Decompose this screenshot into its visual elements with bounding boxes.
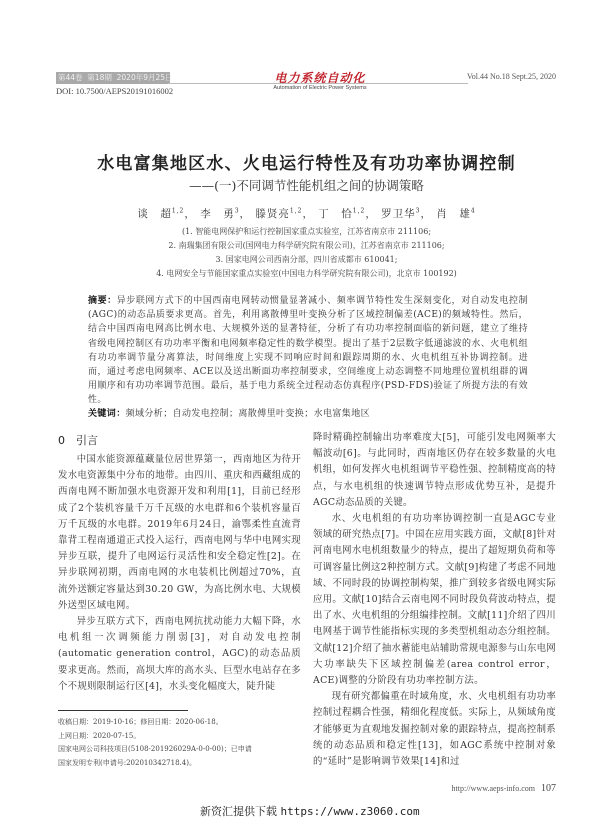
affiliation: 2. 南瑞集团有限公司(国网电力科学研究院有限公司)，江苏省南京市 211106… (0, 240, 613, 251)
issue-bar: 第44卷 第18期 2020年9月25日 (56, 72, 170, 84)
download-text: 新资汇提供下载 (200, 805, 277, 818)
footnote: 收稿日期：2019-10-16；修回日期：2020-06-18。 (58, 716, 303, 730)
footnote: 国家发明专利(申请号:202010342718.4)。 (58, 757, 303, 771)
keywords: 关键词：频域分析；自动发电控制；离散傅里叶变换；水电富集地区 (88, 406, 528, 419)
download-watermark: 新资汇提供下载 https://www.z3060.com (200, 803, 420, 819)
volume-info: Vol.44 No.18 Sept.25, 2020 (380, 72, 556, 81)
paragraph: 异步互联方式下，西南电网抗扰动能力大幅下降，水电机组一次调频能力削弱[3]，对自… (58, 614, 301, 695)
body-column-left: 中国水能资源蕴藏量位居世界第一，西南地区为待开发水电资源集中分布的地带。由四川、… (58, 452, 301, 695)
paragraph: 现有研究都偏重在时域角度，水、火电机组有功功率控制过程耦合性强，精细化程度低。实… (313, 689, 556, 770)
section-heading: 0 引言 (58, 432, 98, 448)
download-url[interactable]: https://www.z3060.com (281, 805, 420, 818)
doi: DOI: 10.7500/AEPS20191016002 (56, 86, 173, 96)
author: 李 勇3 (200, 208, 239, 220)
journal-url[interactable]: http://www.aeps-info.com (452, 784, 535, 793)
page-footer: http://www.aeps-info.com107 (380, 783, 556, 794)
footnote: 国家电网公司科技项目(5108-201926029A-0-0-00)；已申请 (58, 743, 303, 757)
affiliation: (1. 智能电网保护和运行控制国家重点实验室，江苏省南京市 211106; (0, 226, 613, 237)
author-list: 谈 超1,2， 李 勇3， 滕贤亮1,2， 丁 恰1,2， 罗卫华3， 肖 雄4 (0, 206, 613, 221)
paragraph: 降时精确控制输出功率难度大[5]，可能引发电网频率大幅波动[6]。与此同时，西南… (313, 430, 556, 511)
author: 肖 雄4 (436, 208, 475, 220)
author: 丁 恰1,2 (318, 208, 365, 220)
author: 谈 超1,2 (137, 208, 184, 220)
affiliation: 3. 国家电网公司西南分部，四川省成都市 610041; (0, 254, 613, 265)
paragraph: 水、火电机组的有功功率协调控制一直是AGC专业领域的研究热点[7]。中国在应用实… (313, 511, 556, 689)
abstract-label: 摘要： (88, 296, 117, 306)
author: 罗卫华3 (381, 208, 420, 220)
article-subtitle: ——(一)不同调节性能机组之间的协调策略 (0, 176, 613, 194)
affiliation: 4. 电网安全与节能国家重点实验室(中国电力科学研究院有限公司)，北京市 100… (0, 268, 613, 279)
footnotes: 收稿日期：2019-10-16；修回日期：2020-06-18。 上网日期：20… (58, 716, 303, 770)
abstract: 摘要：异步联网方式下的中国西南电网转动惯量显著减小、频率调节特性发生深刻变化，对… (88, 294, 528, 408)
journal-logo-cn: 电力系统自动化 (270, 69, 370, 86)
abstract-text: 异步联网方式下的中国西南电网转动惯量显著减小、频率调节特性发生深刻变化，对自动发… (88, 296, 528, 405)
footnote-divider (58, 710, 188, 711)
footnote: 上网日期：2020-07-15。 (58, 730, 303, 744)
author: 滕贤亮1,2 (255, 208, 302, 220)
keywords-label: 关键词： (88, 409, 126, 419)
keywords-text: 频域分析；自动发电控制；离散傅里叶变换；水电富集地区 (126, 409, 370, 419)
body-column-right: 降时精确控制输出功率难度大[5]，可能引发电网频率大幅波动[6]。与此同时，西南… (313, 430, 556, 770)
journal-name-en: Automation of Electric Power Systems (260, 85, 380, 91)
article-title: 水电富集地区水、火电运行特性及有功功率协调控制 (0, 149, 613, 174)
paragraph: 中国水能资源蕴藏量位居世界第一，西南地区为待开发水电资源集中分布的地带。由四川、… (58, 452, 301, 614)
page-number: 107 (541, 783, 556, 794)
